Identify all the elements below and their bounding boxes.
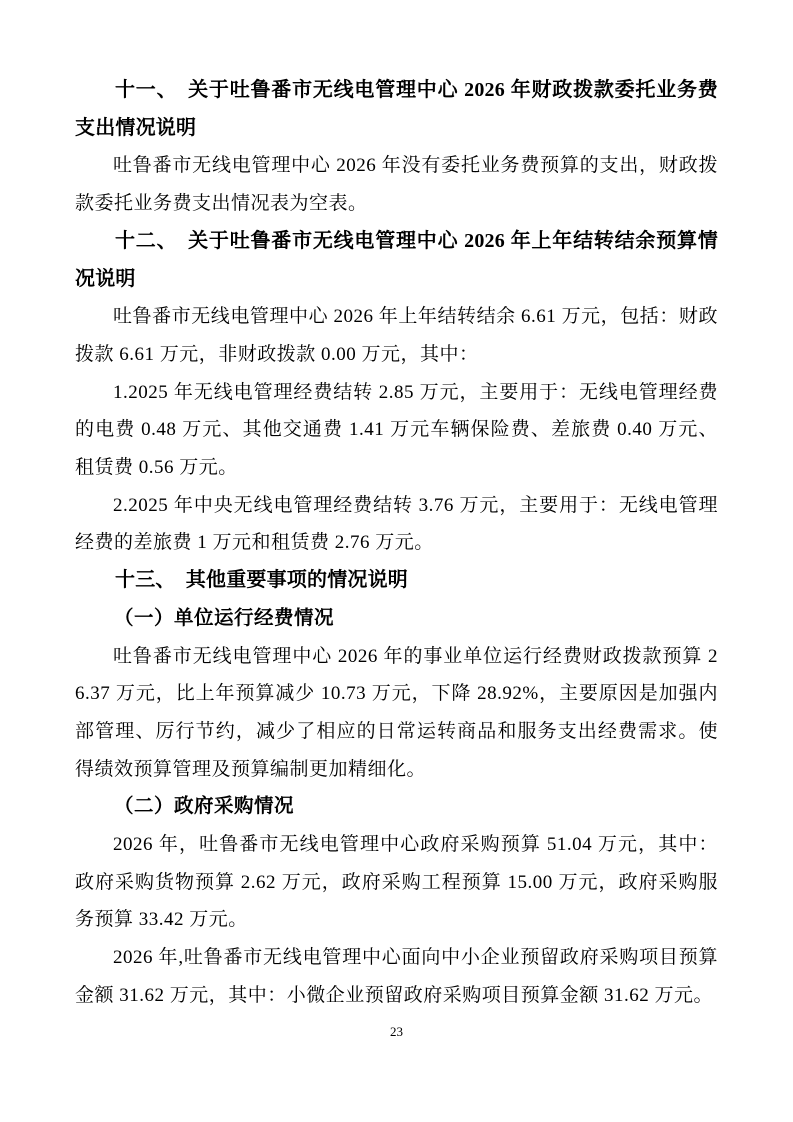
subsection-heading: （一）单位运行经费情况: [75, 600, 718, 638]
subsection-heading: （二）政府采购情况: [75, 788, 718, 826]
paragraph: 2.2025 年中央无线电管理经费结转 3.76 万元，主要用于：无线电管理经费…: [75, 487, 718, 562]
section-heading: 十一、 关于吐鲁番市无线电管理中心 2026 年财政拨款委托业务费支出情况说明: [75, 72, 718, 147]
document-page: 十一、 关于吐鲁番市无线电管理中心 2026 年财政拨款委托业务费支出情况说明吐…: [0, 0, 793, 1122]
paragraph: 吐鲁番市无线电管理中心 2026 年没有委托业务费预算的支出，财政拨款委托业务费…: [75, 147, 718, 222]
section-heading: 十二、 关于吐鲁番市无线电管理中心 2026 年上年结转结余预算情况说明: [75, 223, 718, 298]
paragraph: 吐鲁番市无线电管理中心 2026 年上年结转结余 6.61 万元，包括：财政拨款…: [75, 298, 718, 373]
paragraph: 2026 年，吐鲁番市无线电管理中心政府采购预算 51.04 万元，其中：政府采…: [75, 826, 718, 939]
section-heading: 十三、 其他重要事项的情况说明: [75, 562, 718, 600]
paragraph: 2026 年,吐鲁番市无线电管理中心面向中小企业预留政府采购项目预算金额 31.…: [75, 939, 718, 1014]
document-body: 十一、 关于吐鲁番市无线电管理中心 2026 年财政拨款委托业务费支出情况说明吐…: [75, 72, 718, 1015]
page-number: 23: [0, 1024, 793, 1040]
paragraph: 吐鲁番市无线电管理中心 2026 年的事业单位运行经费财政拨款预算 26.37 …: [75, 638, 718, 789]
paragraph: 1.2025 年无线电管理经费结转 2.85 万元，主要用于：无线电管理经费的电…: [75, 374, 718, 487]
